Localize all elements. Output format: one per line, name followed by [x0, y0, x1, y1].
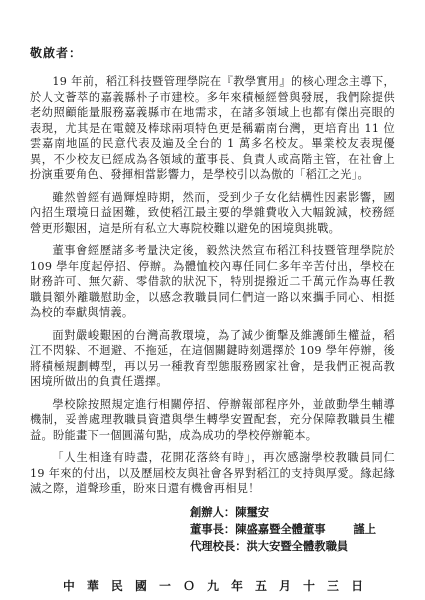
respectfully-closing: 謹上	[353, 521, 376, 538]
date-character: 三	[327, 577, 339, 594]
date-character: 九	[207, 577, 219, 594]
letter-page: 敬啟者： 19 年前，稻江科技暨管理學院在『教學實用』的核心理念主導下，於人文薈…	[0, 0, 425, 600]
date-character: 月	[279, 577, 291, 594]
chairman-signature-line: 董事長：陳盛嘉暨全體董事	[190, 521, 326, 538]
date-character: 中	[63, 577, 75, 594]
paragraph-enrollment-difficulty: 雖然曾經有過輝煌時期，然而，受到少子女化結構性因素影響，國內招生環境日益困難，致…	[30, 190, 395, 237]
date-character: 日	[351, 577, 363, 594]
paragraph-responsible-choice: 面對嚴峻艱困的台灣高教環境，為了減少衝擊及維護師生權益，稻江不閃躲、不迴避、不拖…	[30, 328, 395, 390]
founder-signature-line: 創辦人：陳璽安	[190, 504, 376, 521]
paragraph-founding-history: 19 年前，稻江科技暨管理學院在『教學實用』的核心理念主導下，於人文薈萃的嘉義縣…	[30, 74, 395, 183]
date-character: 國	[135, 577, 147, 594]
salutation: 敬啟者：	[30, 44, 395, 61]
date-character: Ｏ	[183, 577, 195, 594]
chairman-signature-row: 董事長：陳盛嘉暨全體董事 謹上	[190, 521, 376, 538]
date-character: 五	[255, 577, 267, 594]
paragraph-farewell: 「人生相逢有時盡，花開花落終有時」，再次感謝學校教職員同仁 19 年來的付出，以…	[30, 450, 395, 497]
roc-date-line: 中華民國一Ｏ九年五月十三日	[63, 577, 363, 594]
paragraph-board-decision: 董事會經歷諸多考量決定後，毅然決然宣布稻江科技暨管理學院於 109 學年度起停招…	[30, 243, 395, 321]
date-character: 民	[111, 577, 123, 594]
date-character: 十	[303, 577, 315, 594]
signature-block: 創辦人：陳璽安 董事長：陳盛嘉暨全體董事 謹上 代理校長：洪大安暨全體教職員	[190, 504, 376, 555]
date-character: 一	[159, 577, 171, 594]
acting-president-signature-line: 代理校長：洪大安暨全體教職員	[190, 538, 376, 555]
paragraph-closure-procedures: 學校除按照規定進行相關停招、停辦報部程序外，並啟動學生輔導機制，妥善處理教職員資…	[30, 397, 395, 444]
date-character: 年	[231, 577, 243, 594]
date-character: 華	[87, 577, 99, 594]
